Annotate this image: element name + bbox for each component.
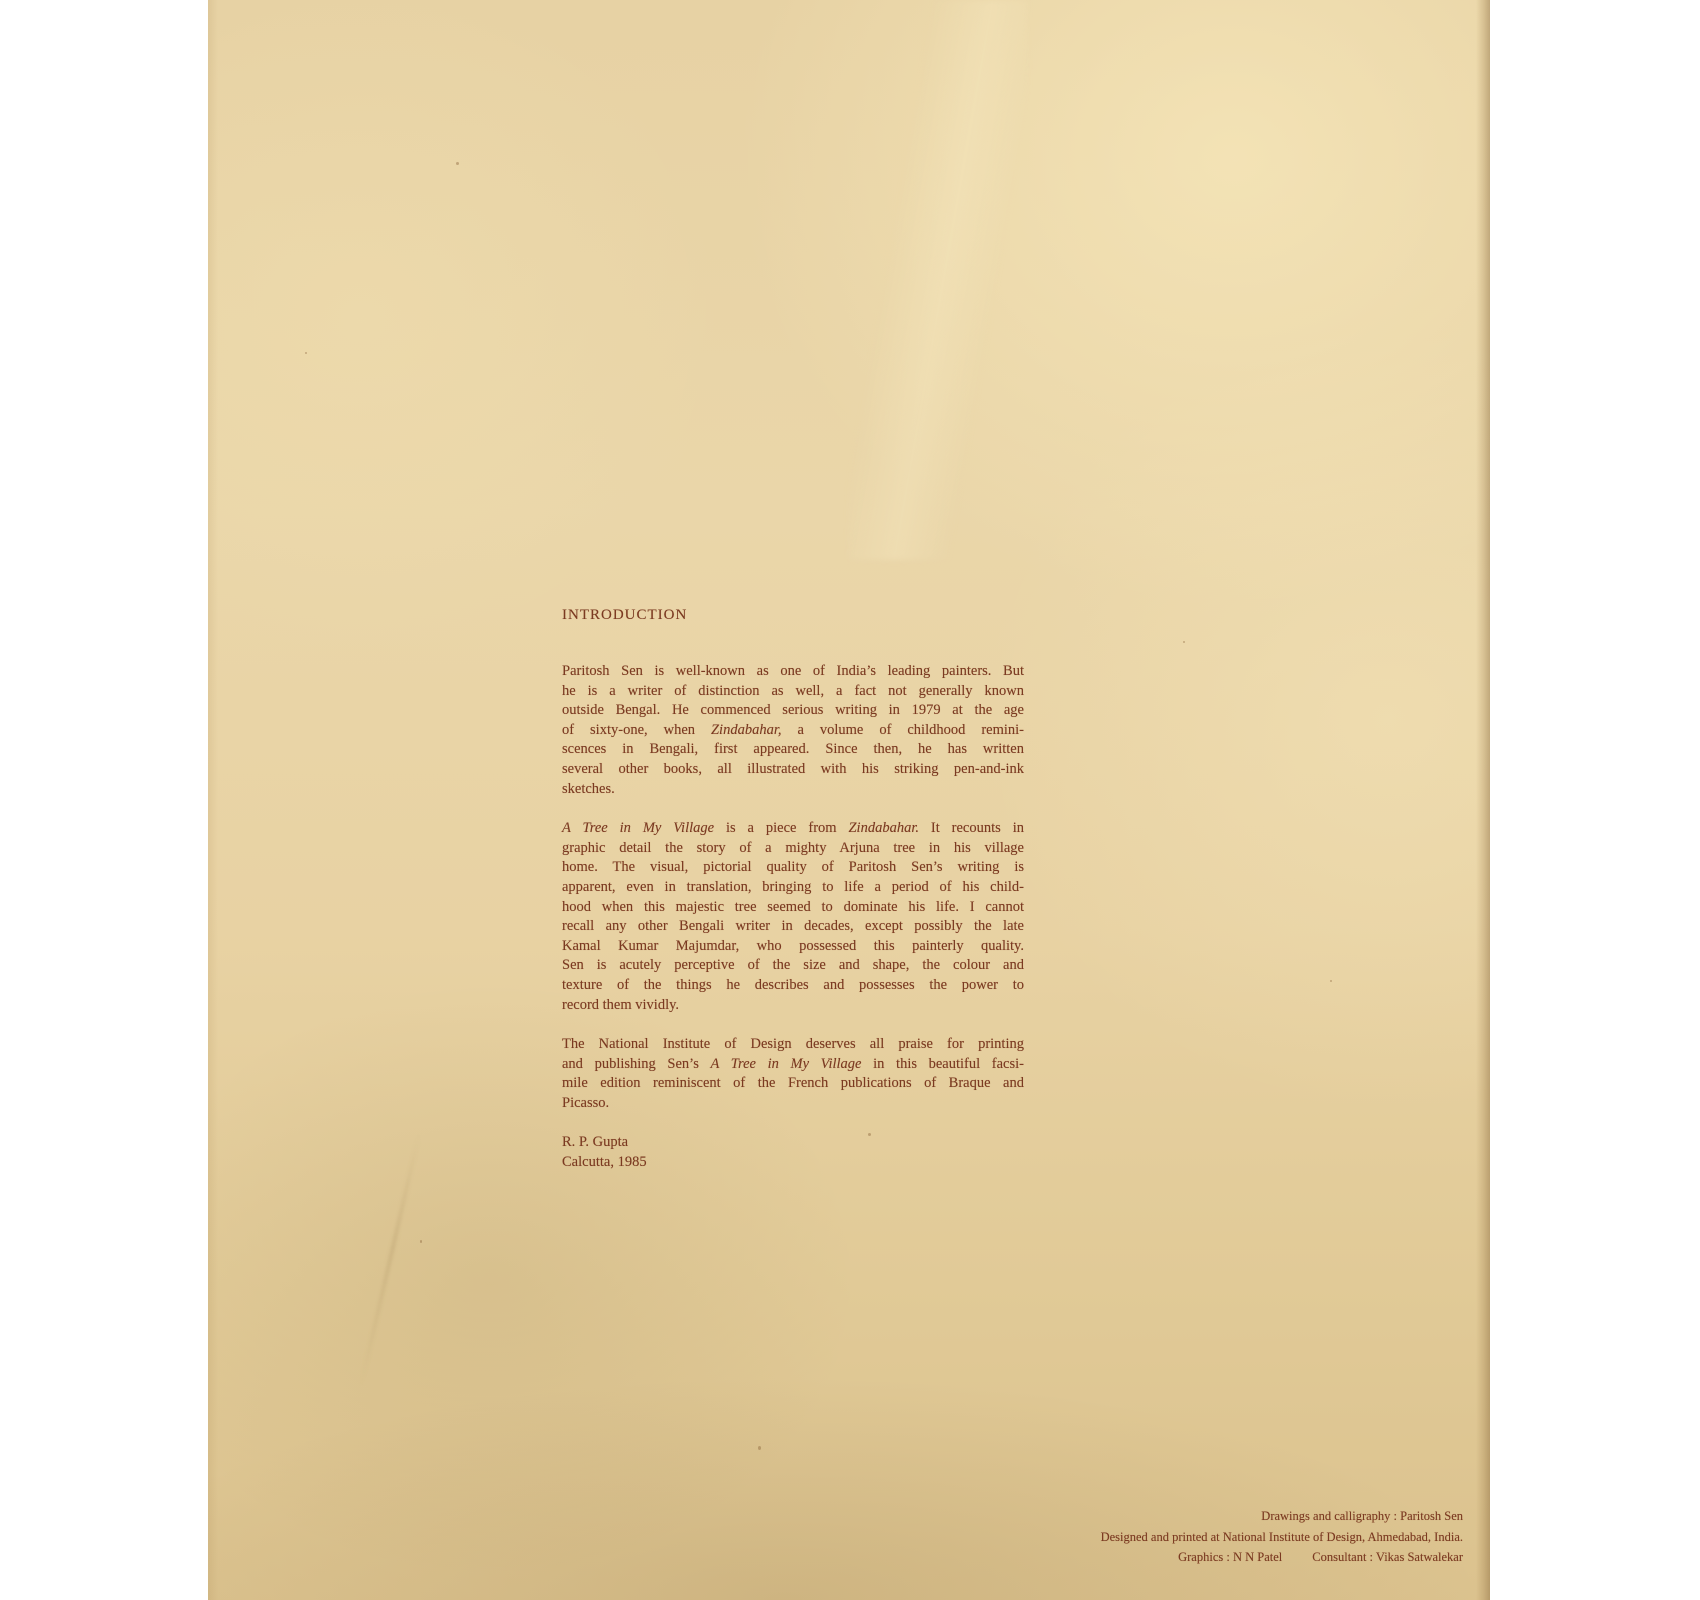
colophon: Drawings and calligraphy : Paritosh Sen … [1101, 1506, 1463, 1568]
paper-light-band [848, 0, 1028, 560]
text-line: scences in Bengali, first appeared. Sinc… [562, 740, 1024, 760]
text-line: Sen is acutely perceptive of the size an… [562, 956, 1024, 976]
colophon-credit-graphics-consultant: Graphics : N N PatelConsultant : Vikas S… [1101, 1547, 1463, 1568]
text-line: graphic detail the story of a mighty Arj… [562, 839, 1024, 859]
paper-speck [1183, 641, 1185, 643]
text-line: apparent, even in translation, bringing … [562, 878, 1024, 898]
italic-title-text: Zindabahar. [848, 820, 919, 836]
text-line: record them vividly. [562, 996, 1024, 1016]
paper-crease [359, 1133, 421, 1387]
colophon-credit-drawings: Drawings and calligraphy : Paritosh Sen [1101, 1506, 1463, 1527]
text-line: texture of the things he describes and p… [562, 976, 1024, 996]
text-line: recall any other Bengali writer in decad… [562, 917, 1024, 937]
text-line: hood when this majestic tree seemed to d… [562, 898, 1024, 918]
paper-speck [1330, 980, 1332, 982]
paper-speck [456, 162, 459, 165]
colophon-credit-graphics: Graphics : N N Patel [1178, 1550, 1282, 1564]
text-line: of sixty-one, when Zindabahar, a volume … [562, 721, 1024, 741]
colophon-credit-consultant: Consultant : Vikas Satwalekar [1312, 1550, 1463, 1564]
author-signature: R. P. Gupta Calcutta, 1985 [562, 1133, 1024, 1172]
text-line: several other books, all illustrated wit… [562, 760, 1024, 780]
paper-speck [758, 1446, 761, 1450]
italic-title-text: Zindabahar, [711, 722, 782, 738]
paragraph: Paritosh Sen is well-known as one of Ind… [562, 662, 1024, 799]
paragraph: A Tree in My Village is a piece from Zin… [562, 819, 1024, 1015]
introduction-paragraphs: Paritosh Sen is well-known as one of Ind… [562, 662, 1024, 1113]
text-line: Paritosh Sen is well-known as one of Ind… [562, 662, 1024, 682]
text-line: mile edition reminiscent of the French p… [562, 1074, 1024, 1094]
introduction-heading: INTRODUCTION [562, 606, 687, 626]
italic-title-text: A Tree in My Village [711, 1056, 862, 1072]
text-line: A Tree in My Village is a piece from Zin… [562, 819, 1024, 839]
introduction-body: Paritosh Sen is well-known as one of Ind… [562, 662, 1024, 1173]
italic-title-text: A Tree in My Village [562, 820, 714, 836]
paragraph: The National Institute of Design deserve… [562, 1035, 1024, 1113]
paper-speck [305, 352, 307, 354]
book-page: INTRODUCTION Paritosh Sen is well-known … [208, 0, 1490, 1600]
text-line: Kamal Kumar Majumdar, who possessed this… [562, 937, 1024, 957]
text-line: sketches. [562, 780, 1024, 800]
signature-name: R. P. Gupta [562, 1133, 1024, 1153]
text-line: The National Institute of Design deserve… [562, 1035, 1024, 1055]
text-line: home. The visual, pictorial quality of P… [562, 858, 1024, 878]
scanned-page-canvas: INTRODUCTION Paritosh Sen is well-known … [0, 0, 1700, 1600]
text-line: Picasso. [562, 1094, 1024, 1114]
colophon-credit-printer: Designed and printed at National Institu… [1101, 1527, 1463, 1548]
text-line: and publishing Sen’s A Tree in My Villag… [562, 1055, 1024, 1075]
text-line: outside Bengal. He commenced serious wri… [562, 701, 1024, 721]
signature-place-date: Calcutta, 1985 [562, 1153, 1024, 1173]
text-line: he is a writer of distinction as well, a… [562, 682, 1024, 702]
paper-speck [420, 1240, 422, 1243]
